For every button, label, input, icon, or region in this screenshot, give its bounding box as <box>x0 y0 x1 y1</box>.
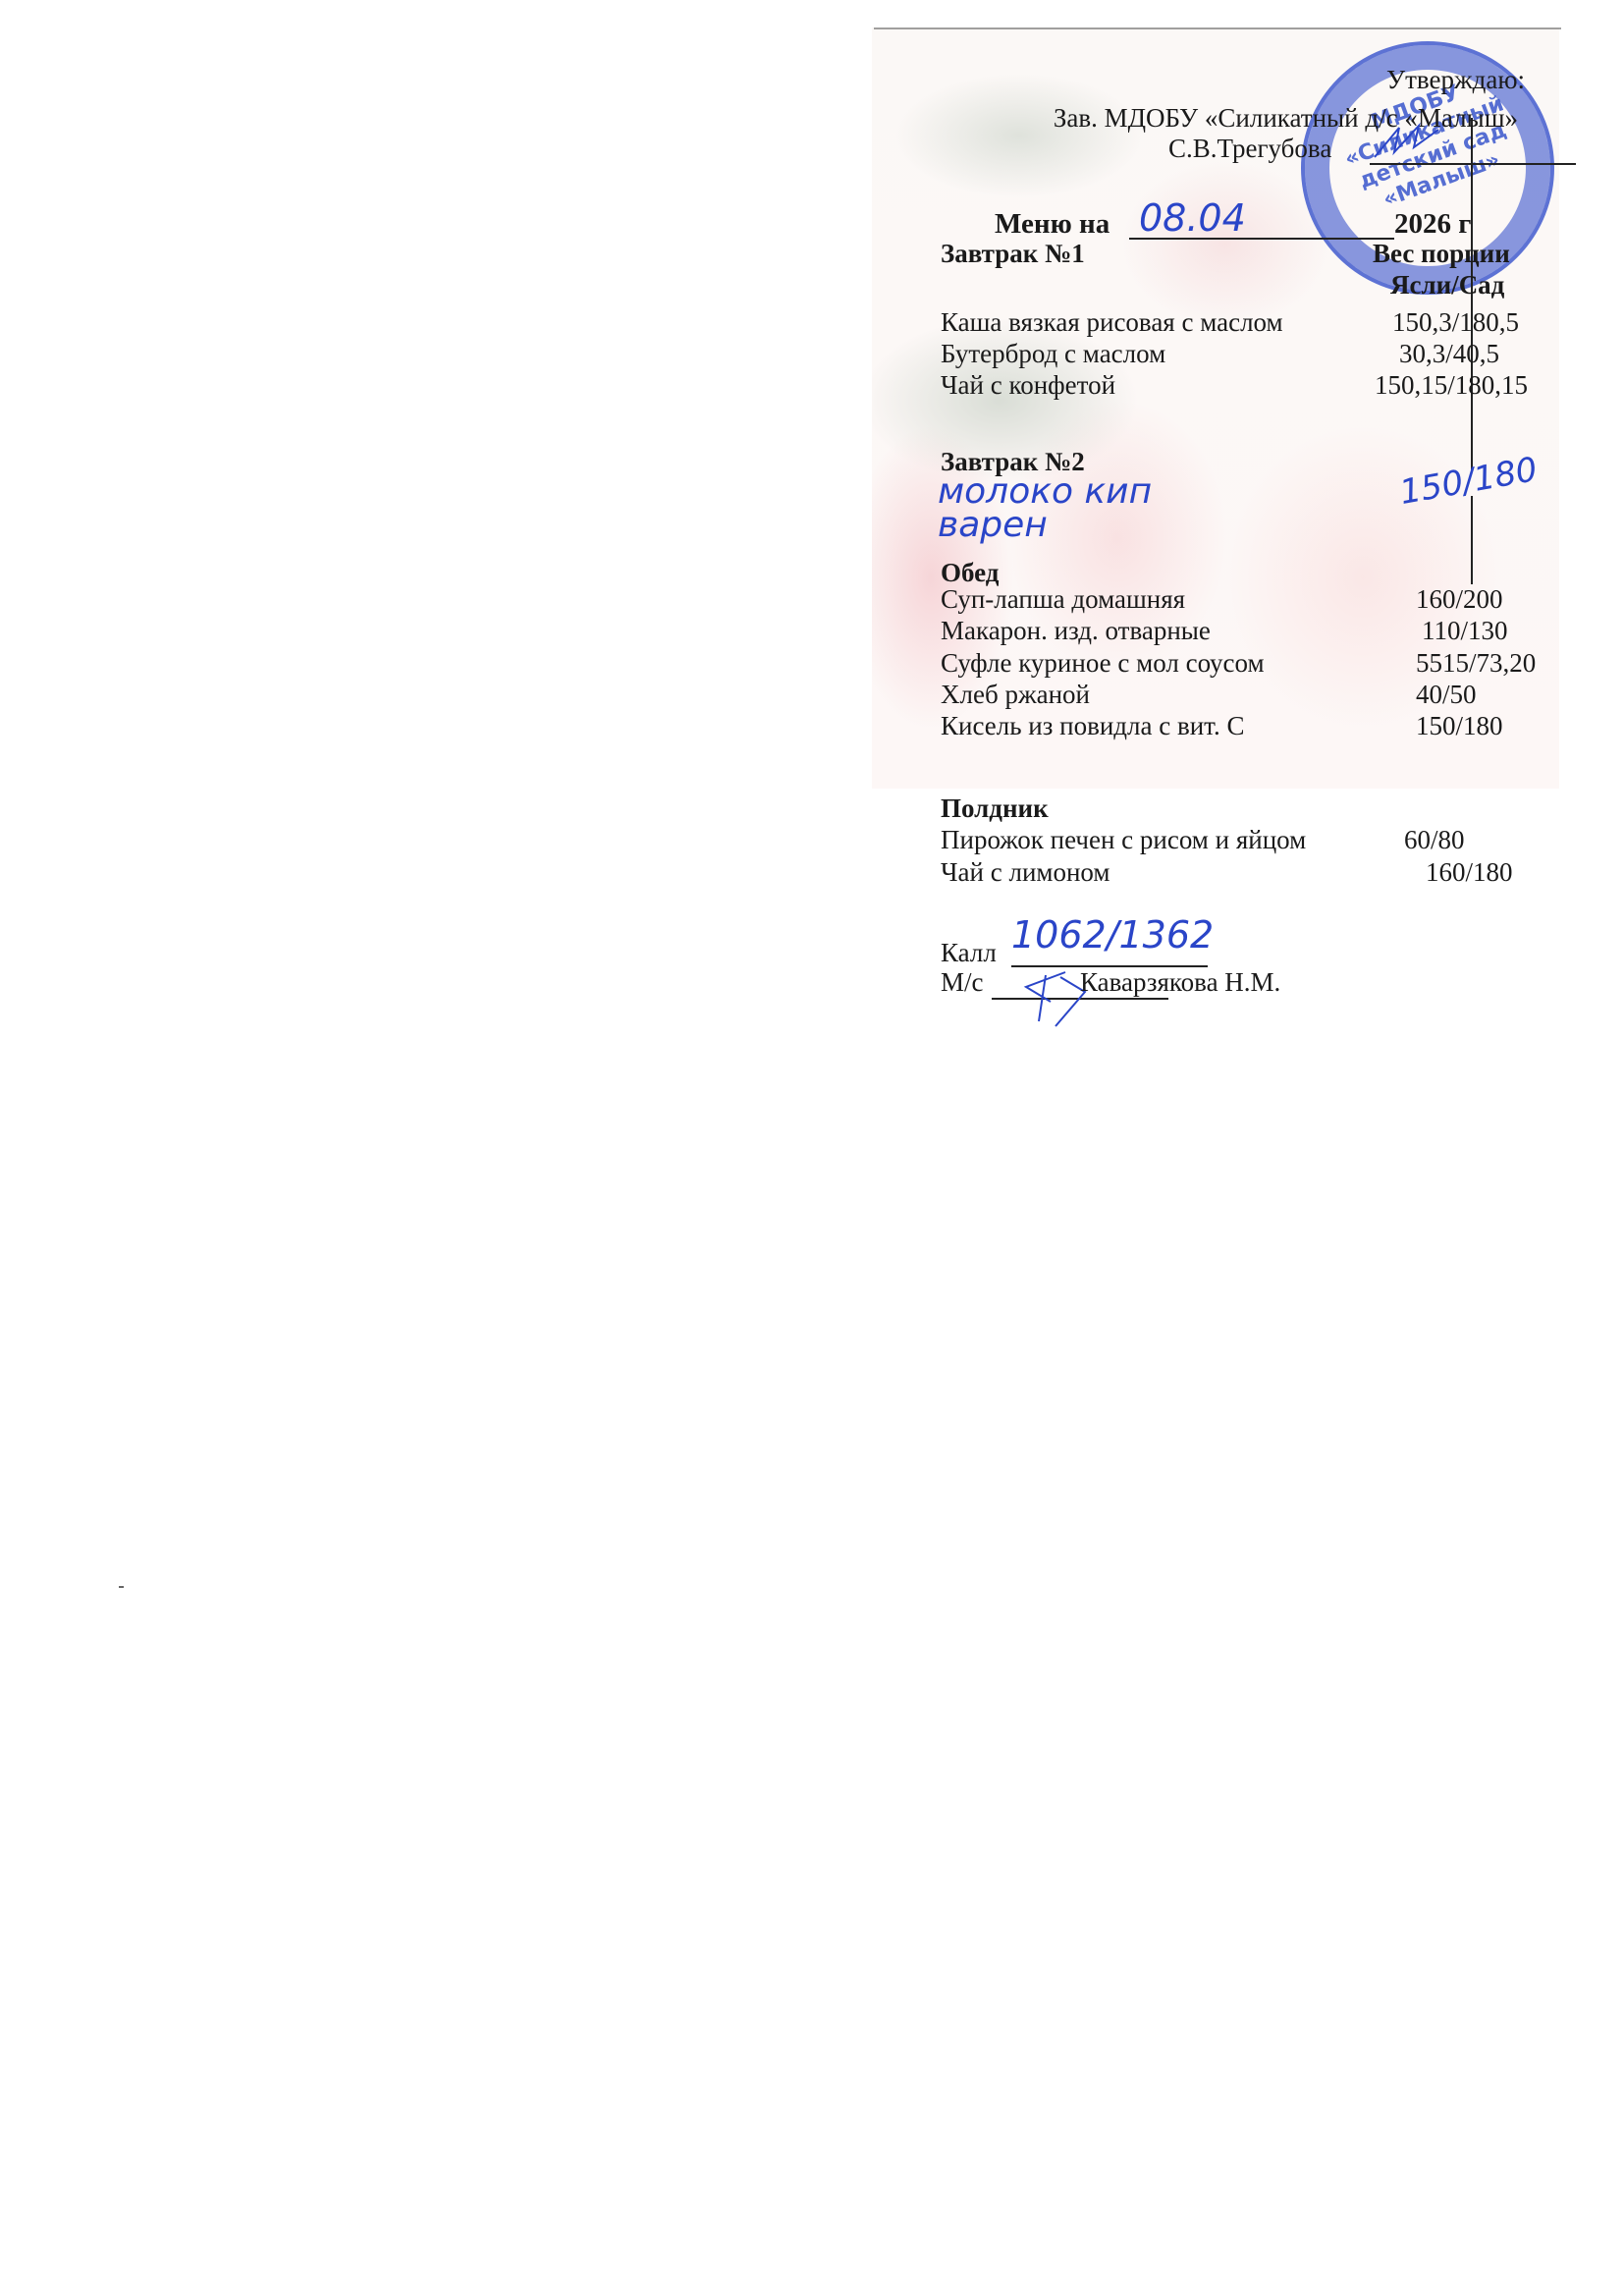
menu-title-prefix: Меню на <box>995 209 1110 239</box>
portion-subheader: Ясли/Сад <box>1390 270 1504 300</box>
section-title-snack: Полдник <box>941 793 1049 823</box>
director-signature <box>1370 118 1458 167</box>
scan-speck <box>119 1586 124 1588</box>
menu-item-portion: 160/200 <box>1416 584 1503 614</box>
nurse-name: Каварзякова Н.М. <box>1080 967 1280 997</box>
section-title-breakfast-1: Завтрак №1 <box>941 239 1085 268</box>
column-divider-line <box>1471 496 1473 584</box>
menu-item-name: Хлеб ржаной <box>941 680 1090 709</box>
paper-top-edge <box>874 27 1561 29</box>
menu-item-portion: 160/180 <box>1426 857 1513 887</box>
menu-date-handwritten: 08.04 <box>1139 196 1246 240</box>
menu-item-portion: 5515/73,20 <box>1416 648 1536 678</box>
menu-item-name: Кисель из повидла с вит. С <box>941 711 1244 740</box>
calories-label: Калл <box>941 938 997 967</box>
menu-year: 2026 г <box>1394 209 1471 239</box>
menu-item-name: Суфле куриное с мол соусом <box>941 648 1265 678</box>
nurse-label: М/с <box>941 967 984 997</box>
menu-item-name: Макарон. изд. отварные <box>941 616 1211 645</box>
calories-value-handwritten: 1062/1362 <box>1011 913 1214 957</box>
approval-name: С.В.Трегубова <box>1168 134 1331 163</box>
menu-item-portion: 150,15/180,15 <box>1375 370 1528 400</box>
menu-item-name: Бутерброд с маслом <box>941 339 1165 368</box>
menu-item-portion: 150/180 <box>1416 711 1503 740</box>
menu-item-name: Чай с конфетой <box>941 370 1115 400</box>
menu-item-name: Каша вязкая рисовая с маслом <box>941 307 1283 337</box>
menu-item-portion: 30,3/40,5 <box>1399 339 1499 368</box>
portion-header: Вес порции <box>1373 239 1510 268</box>
menu-item-portion: 60/80 <box>1404 825 1465 854</box>
menu-item-portion: 150,3/180,5 <box>1392 307 1519 337</box>
menu-item-name: Пирожок печен с рисом и яйцом <box>941 825 1306 854</box>
approval-label: Утверждаю: <box>1386 65 1525 94</box>
menu-item-name: Суп-лапша домашняя <box>941 584 1185 614</box>
menu-item-portion: 110/130 <box>1422 616 1508 645</box>
menu-item-name-handwritten: молоко кип варен <box>938 475 1272 542</box>
section-title-lunch: Обед <box>941 558 999 587</box>
menu-item-portion: 40/50 <box>1416 680 1477 709</box>
menu-item-name: Чай с лимоном <box>941 857 1110 887</box>
